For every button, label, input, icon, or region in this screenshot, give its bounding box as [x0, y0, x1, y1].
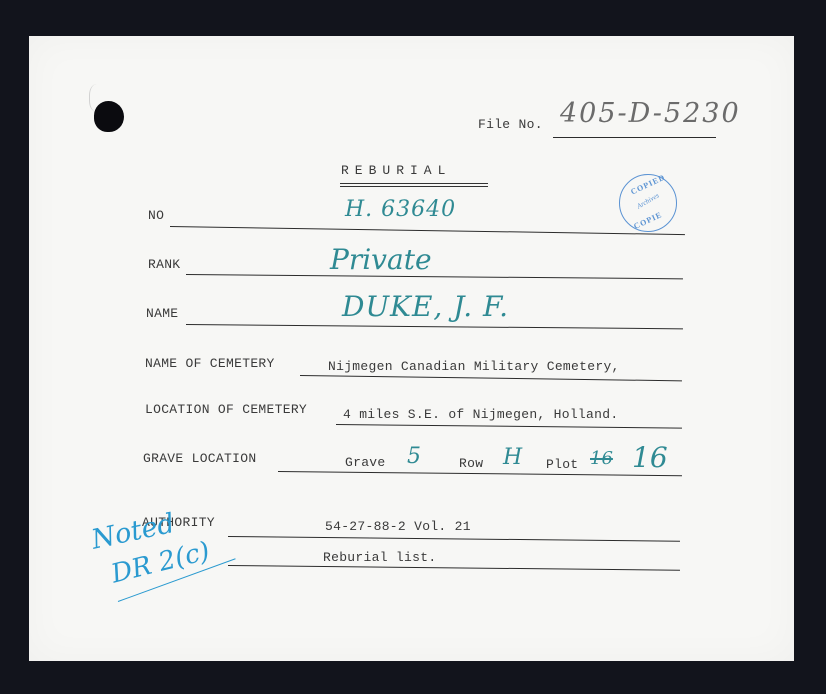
plot-value: 16 [632, 441, 668, 474]
file-no-label: File No. [478, 117, 543, 132]
title-underline [340, 183, 488, 184]
no-value: H. 63640 [345, 197, 456, 222]
cemetery-location-label: LOCATION OF CEMETERY [145, 402, 307, 417]
authority-line2: Reburial list. [323, 550, 436, 565]
plot-struck-value: 16 [590, 448, 613, 469]
cemetery-name-label: NAME OF CEMETERY [145, 356, 275, 371]
rank-value: Private [330, 243, 432, 276]
title-underline-double [340, 186, 488, 187]
plot-label: Plot [546, 457, 578, 472]
rank-label: RANK [148, 257, 180, 272]
cemetery-location-value: 4 miles S.E. of Nijmegen, Holland. [343, 407, 618, 422]
row-label: Row [459, 456, 483, 471]
row-value: H [503, 445, 522, 470]
grave-value: 5 [407, 444, 421, 469]
grave-location-label: GRAVE LOCATION [143, 451, 256, 466]
file-no-value: 405-D-5230 [560, 98, 741, 129]
punch-hole [94, 101, 124, 132]
page-title: REBURIAL [341, 163, 451, 178]
name-label: NAME [146, 306, 178, 321]
no-label: NO [148, 208, 164, 223]
authority-line1: 54-27-88-2 Vol. 21 [325, 519, 471, 534]
grave-label: Grave [345, 455, 386, 470]
cemetery-name-value: Nijmegen Canadian Military Cemetery, [328, 359, 620, 374]
file-no-underline [553, 137, 716, 138]
archives-stamp: COPIED Archives COPIE [619, 174, 677, 232]
name-value: DUKE, J. F. [342, 290, 509, 323]
